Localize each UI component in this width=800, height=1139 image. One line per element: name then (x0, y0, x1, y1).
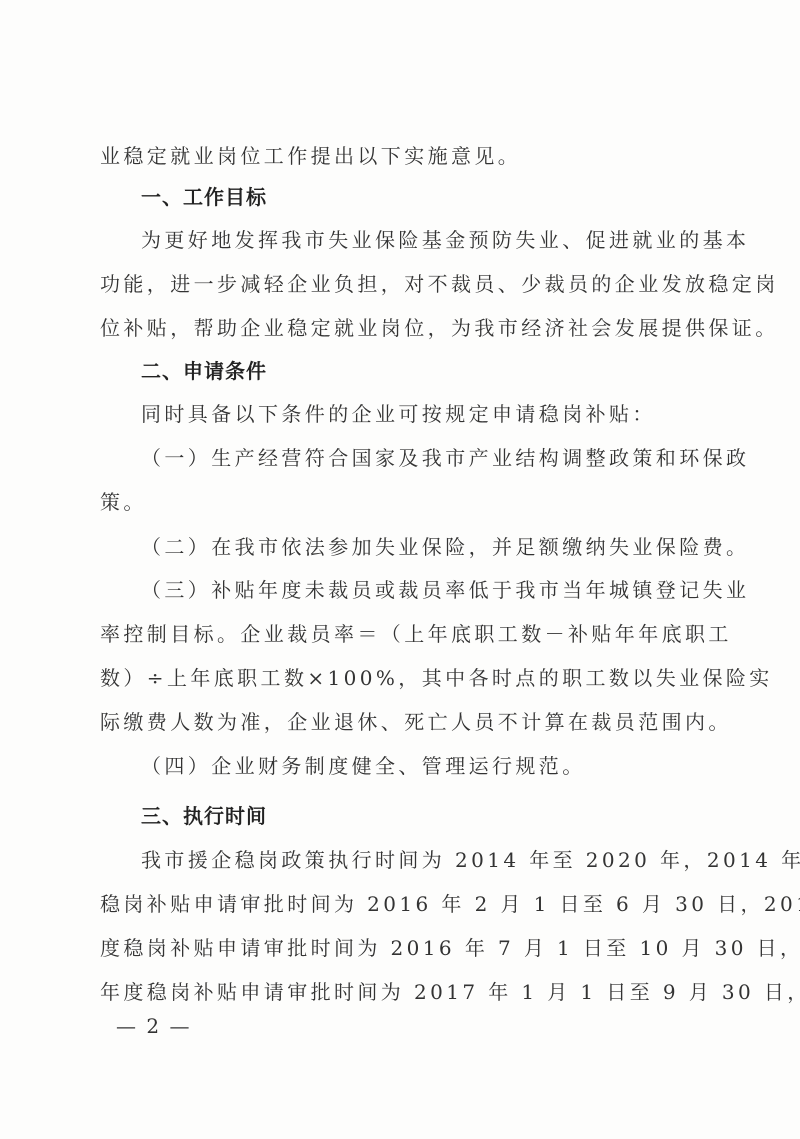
body-text-line: 同时具备以下条件的企业可按规定申请稳岗补贴： (141, 402, 710, 426)
condition-item-3: （三）补贴年度未裁员或裁员率低于我市当年城镇登记失业 (141, 578, 710, 602)
section-heading-work-goal: 一、工作目标 (141, 185, 267, 209)
body-text-line: 业稳定就业岗位工作提出以下实施意见。 (100, 144, 710, 168)
section-heading-execution-time: 三、执行时间 (141, 804, 267, 828)
page-number: — 2 — (116, 1014, 191, 1038)
condition-item-4: （四）企业财务制度健全、管理运行规范。 (141, 754, 710, 778)
body-text-line: 策。 (100, 490, 710, 514)
body-text-line: 度稳岗补贴申请审批时间为 2016 年 7 月 1 日至 10 月 30 日，2… (100, 936, 710, 960)
body-text-line: 功能，进一步减轻企业负担，对不裁员、少裁员的企业发放稳定岗 (100, 272, 710, 296)
body-text-line: 率控制目标。企业裁员率＝（上年底职工数－补贴年年底职工 (100, 622, 710, 646)
body-text-line: 为更好地发挥我市失业保险基金预防失业、促进就业的基本 (141, 228, 710, 252)
body-text-line: 我市援企稳岗政策执行时间为 2014 年至 2020 年，2014 年度 (141, 848, 710, 872)
document-page: 业稳定就业岗位工作提出以下实施意见。 一、工作目标 为更好地发挥我市失业保险基金… (0, 0, 800, 1139)
body-text-line: 稳岗补贴申请审批时间为 2016 年 2 月 1 日至 6 月 30 日，201… (100, 892, 710, 916)
condition-item-1: （一）生产经营符合国家及我市产业结构调整政策和环保政 (141, 446, 710, 470)
body-text-line: 位补贴，帮助企业稳定就业岗位，为我市经济社会发展提供保证。 (100, 316, 710, 340)
body-text-line: 际缴费人数为准，企业退休、死亡人员不计算在裁员范围内。 (100, 710, 710, 734)
condition-item-2: （二）在我市依法参加失业保险，并足额缴纳失业保险费。 (141, 535, 710, 559)
body-text-line: 年度稳岗补贴申请审批时间为 2017 年 1 月 1 日至 9 月 30 日，依… (100, 980, 710, 1004)
body-text-line: 数）÷上年底职工数×100%，其中各时点的职工数以失业保险实 (100, 666, 710, 690)
section-heading-application-conditions: 二、申请条件 (141, 359, 267, 383)
